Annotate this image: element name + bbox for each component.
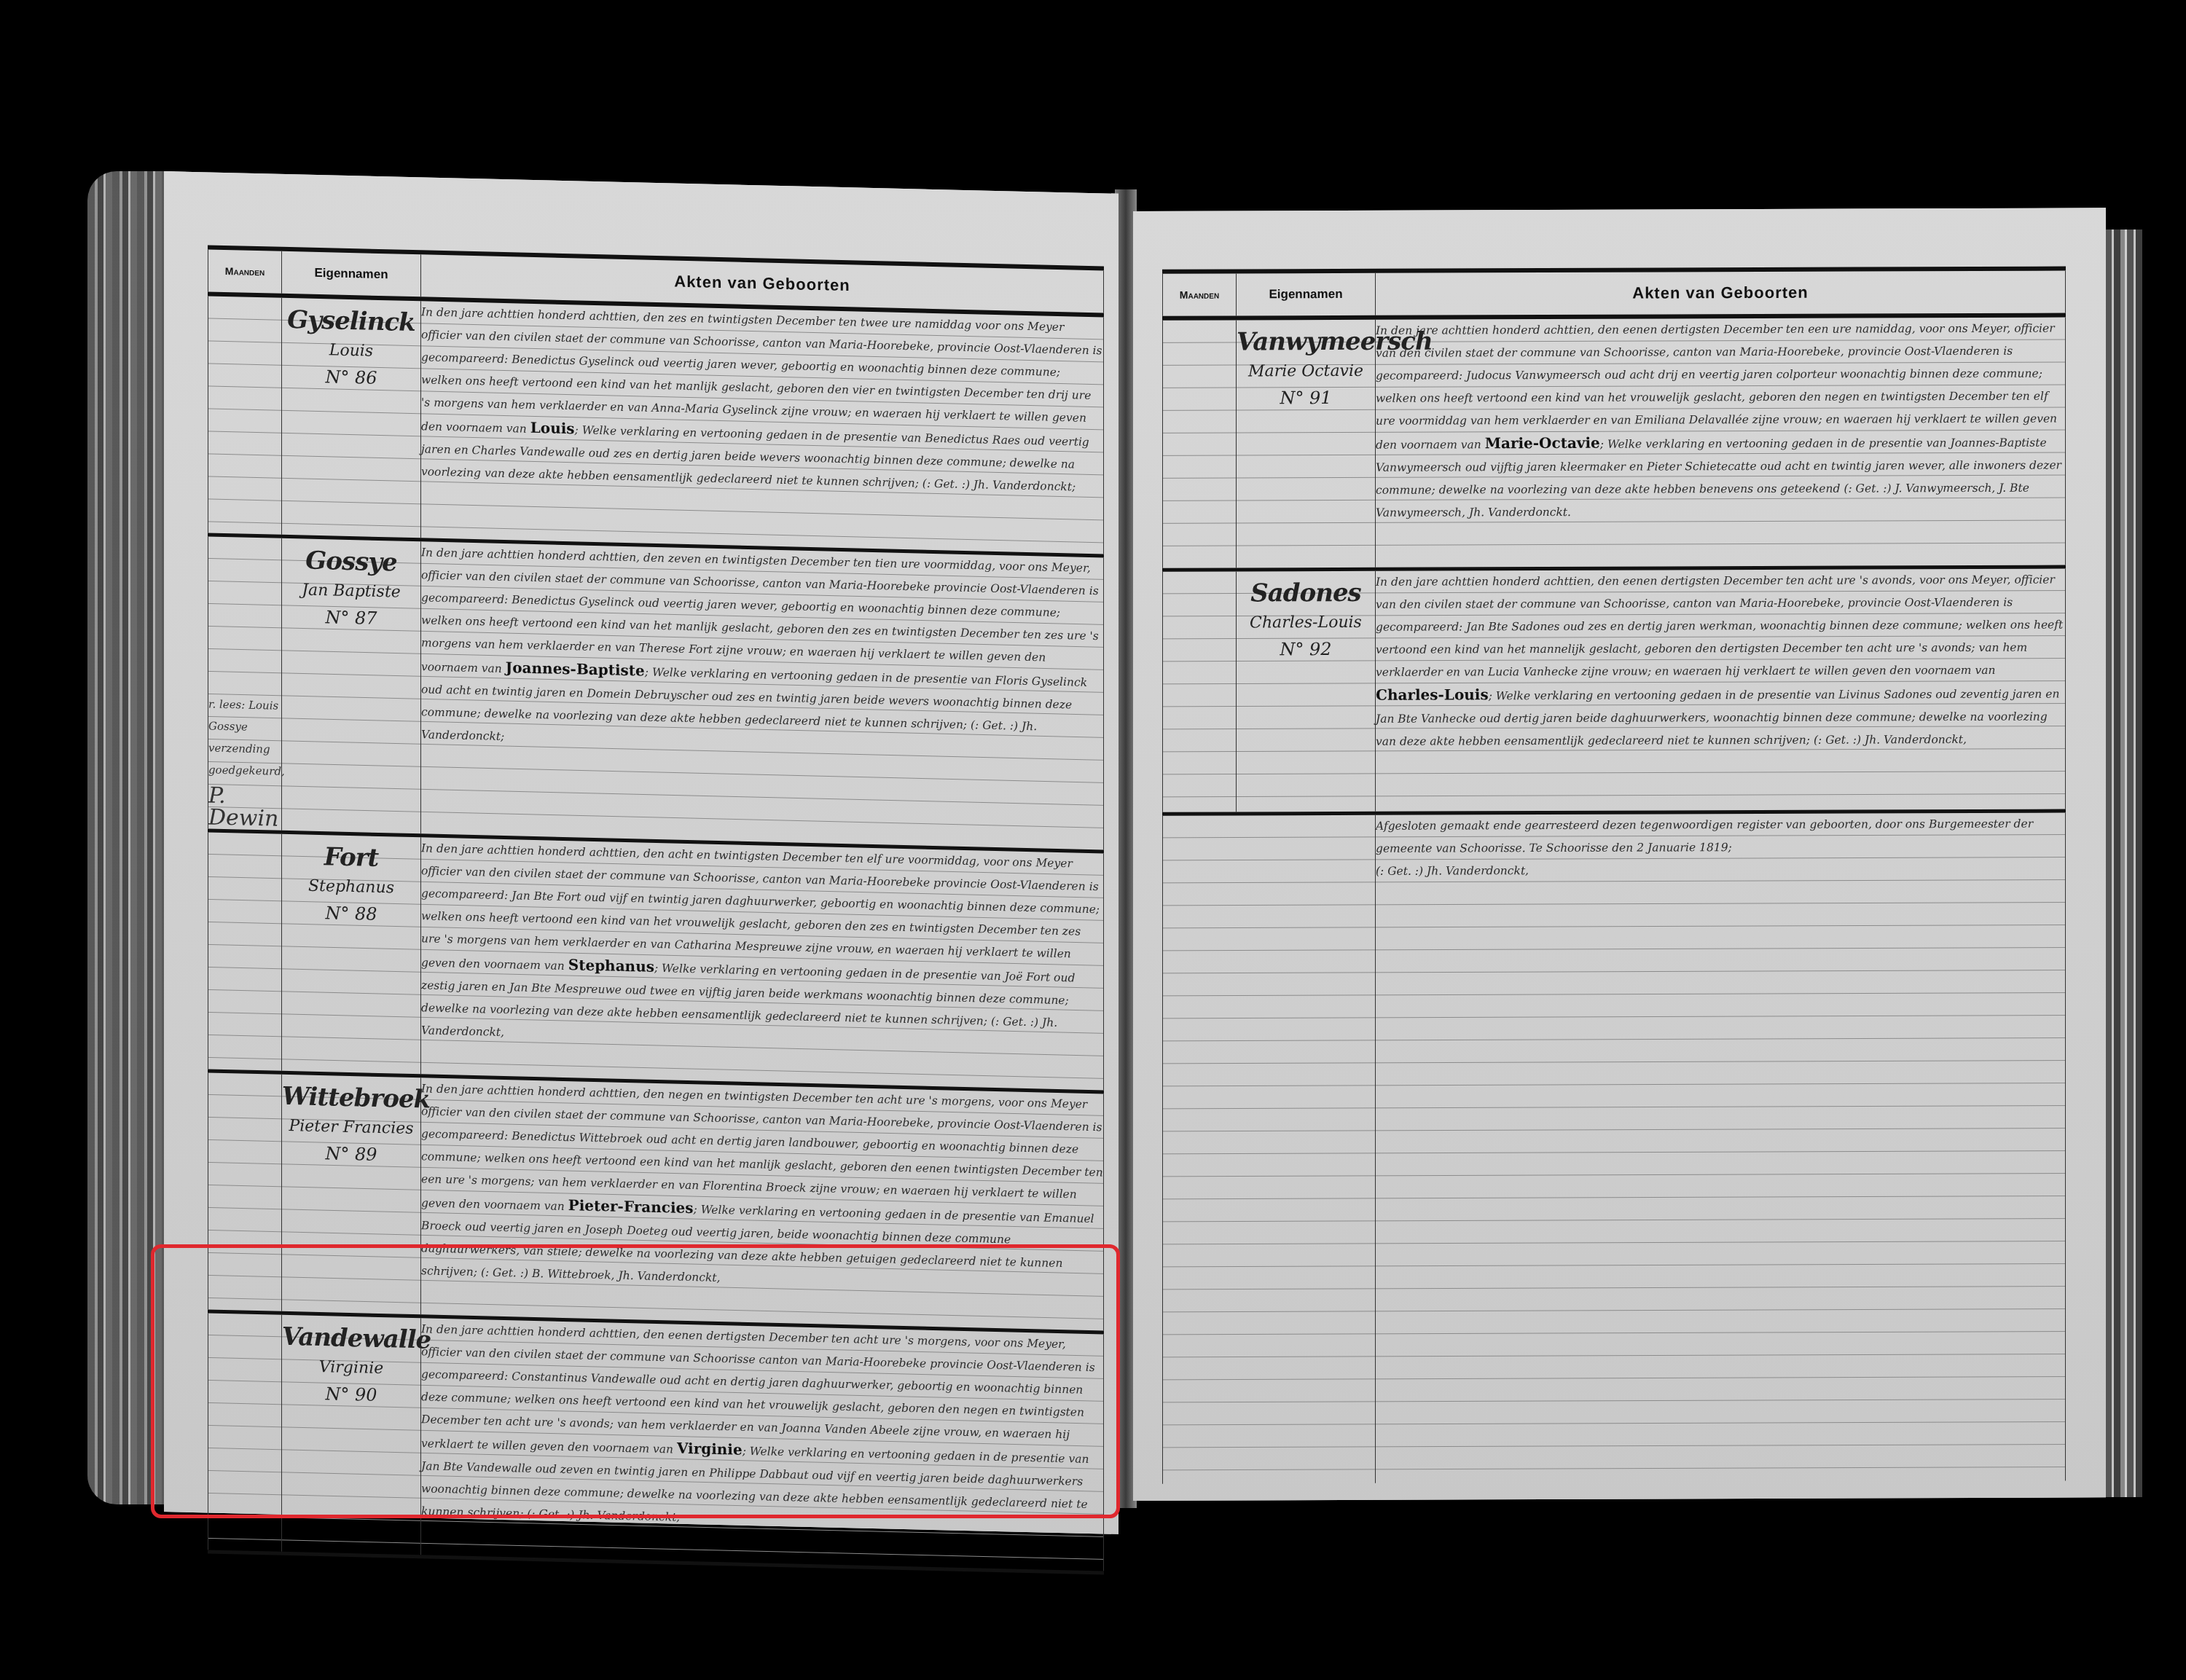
highlight-box-entry-90 xyxy=(151,1244,1120,1518)
surname: Vanwymeersch xyxy=(1237,327,1375,357)
given-name: Jan Baptiste xyxy=(282,580,420,601)
child-name: Charles-Louis xyxy=(1376,686,1489,704)
surname: Sadones xyxy=(1237,578,1375,608)
act-number: N° 89 xyxy=(282,1142,420,1165)
surname: Wittebroek xyxy=(282,1081,420,1113)
header-months: Maanden xyxy=(1163,272,1237,318)
given-name: Marie Octavie xyxy=(1237,362,1375,381)
months-cell xyxy=(1163,570,1237,814)
header-names: Eigennamen xyxy=(1237,271,1376,318)
child-name: Pieter-Francies xyxy=(568,1196,694,1217)
child-name: Stephanus xyxy=(568,956,654,976)
act-number: N° 88 xyxy=(282,901,420,925)
months-cell xyxy=(208,294,282,535)
register-table-right: Maanden Eigennamen Akten van Geboorten V… xyxy=(1162,267,2066,1484)
signature: (: Get. :) Jh. Vanderdonckt, xyxy=(1814,733,1967,747)
act-text: In den jare achttien honderd achttien, d… xyxy=(421,835,1104,1091)
register-entry: Fort Stephanus N° 88 In den jare achttie… xyxy=(208,830,1104,1091)
act-number: N° 86 xyxy=(282,366,420,389)
header-names: Eigennamen xyxy=(282,249,421,299)
closing-text: Afgesloten gemaakt ende gearresteerd dez… xyxy=(1376,811,2066,1483)
given-name: Stephanus xyxy=(282,876,420,897)
act-text: In den jare achttien honderd achttien, d… xyxy=(421,299,1104,555)
signature: (: Get. :) Jh. Vanderdonckt; xyxy=(922,477,1076,494)
closing-margin xyxy=(1163,813,1376,1484)
register-entry: r. lees: Louis Gossye verzending goedgek… xyxy=(208,534,1104,851)
names-cell: Fort Stephanus N° 88 xyxy=(282,832,421,1076)
names-cell: Sadones Charles-Louis N° 92 xyxy=(1237,569,1376,814)
act-text: In den jare achttien honderd achttien, d… xyxy=(421,539,1104,851)
register-entry: Sadones Charles-Louis N° 92 In den jare … xyxy=(1163,567,2066,814)
register-entry: Vanwymeersch Marie Octavie N° 91 In den … xyxy=(1163,315,2066,570)
header-months: Maanden xyxy=(208,247,282,295)
child-name: Marie-Octavie xyxy=(1485,434,1600,452)
given-name: Charles-Louis xyxy=(1237,613,1375,632)
names-cell: Gossye Jan Baptiste N° 87 xyxy=(282,536,421,836)
act-text: In den jare achttien honderd achttien, d… xyxy=(1376,567,2066,813)
closing-entry: Afgesloten gemaakt ende gearresteerd dez… xyxy=(1163,811,2066,1484)
register-entry: Gyselinck Louis N° 86 In den jare achtti… xyxy=(208,294,1104,555)
surname: Fort xyxy=(282,841,420,873)
given-name: Pieter Francies xyxy=(282,1116,420,1137)
act-number: N° 91 xyxy=(1237,388,1375,409)
act-text: In den jare achttien honderd achttien, d… xyxy=(1376,315,2066,569)
act-number: N° 92 xyxy=(1237,638,1375,659)
names-cell: Gyselinck Louis N° 86 xyxy=(282,296,421,540)
signature: (: Get. :) Jh. Vanderdonckt, xyxy=(1376,864,1529,878)
months-cell xyxy=(1163,318,1237,570)
child-name: Louis xyxy=(530,419,575,437)
act-number: N° 87 xyxy=(282,605,420,629)
surname: Gyselinck xyxy=(282,305,420,337)
surname: Gossye xyxy=(282,545,420,577)
margin-signature: P. Dewin xyxy=(208,785,281,830)
margin-note: r. lees: Louis Gossye verzending goedgek… xyxy=(208,534,282,831)
right-page: Maanden Eigennamen Akten van Geboorten V… xyxy=(1133,208,2106,1501)
names-cell: Vanwymeersch Marie Octavie N° 91 xyxy=(1237,318,1376,570)
months-cell xyxy=(208,830,282,1072)
header-acts: Akten van Geboorten xyxy=(1376,269,2066,318)
given-name: Louis xyxy=(282,340,420,361)
child-name: Joannes-Baptiste xyxy=(506,659,645,680)
